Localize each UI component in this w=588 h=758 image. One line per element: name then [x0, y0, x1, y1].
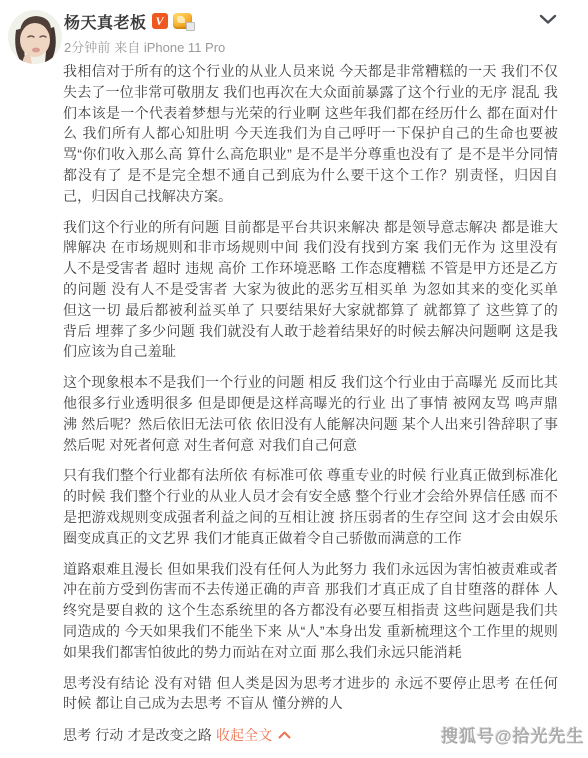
- post-paragraph: 这个现象根本不是我们一个行业的问题 相反 我们这个行业由于高曝光 反而比其他很多…: [63, 372, 558, 455]
- chevron-down-icon[interactable]: [536, 10, 560, 28]
- avatar[interactable]: [8, 10, 62, 64]
- verified-badge-icon: V: [152, 13, 168, 29]
- collapse-full-text-link[interactable]: 收起全文: [216, 727, 272, 743]
- membership-badge-icon: [173, 13, 192, 29]
- post-paragraph: 思考没有结论 没有对错 但人类是因为思考才进步的 永远不要停止思考 在任何时候 …: [63, 673, 558, 715]
- weibo-post: 杨天真老板 V 2分钟前 来自 iPhone 11 Pro 我相信对于所有的这个…: [0, 0, 588, 758]
- post-header: 杨天真老板 V: [64, 11, 192, 31]
- post-time: 2分钟前: [64, 37, 110, 56]
- post-meta: 2分钟前 来自 iPhone 11 Pro: [64, 37, 225, 56]
- post-source-link[interactable]: 来自 iPhone 11 Pro: [114, 37, 225, 56]
- post-paragraph: 只有我们整个行业都有法所依 有标准可依 尊重专业的时候 行业真正做到标准化的时候…: [63, 465, 558, 548]
- post-content: 我相信对于所有的这个行业的从业人员来说 今天都是非常糟糕的一天 我们不仅失去了一…: [63, 61, 558, 746]
- username[interactable]: 杨天真老板: [64, 10, 147, 33]
- post-closing-text: 思考 行动 才是改变之路: [63, 727, 216, 743]
- post-paragraph: 我们这个行业的所有问题 目前都是平台共识来解决 都是领导意志解决 都是谁大牌解决…: [63, 217, 558, 363]
- avatar-image: [8, 10, 62, 64]
- post-paragraph: 道路艰难且漫长 但如果我们没有任何人为此努力 我们永远因为害怕被责难或者冲在前方…: [63, 559, 558, 663]
- chevron-up-icon[interactable]: [278, 724, 291, 745]
- post-paragraph: 我相信对于所有的这个行业的从业人员来说 今天都是非常糟糕的一天 我们不仅失去了一…: [63, 61, 558, 207]
- sohu-watermark: 搜狐号@拾光先生: [441, 722, 587, 747]
